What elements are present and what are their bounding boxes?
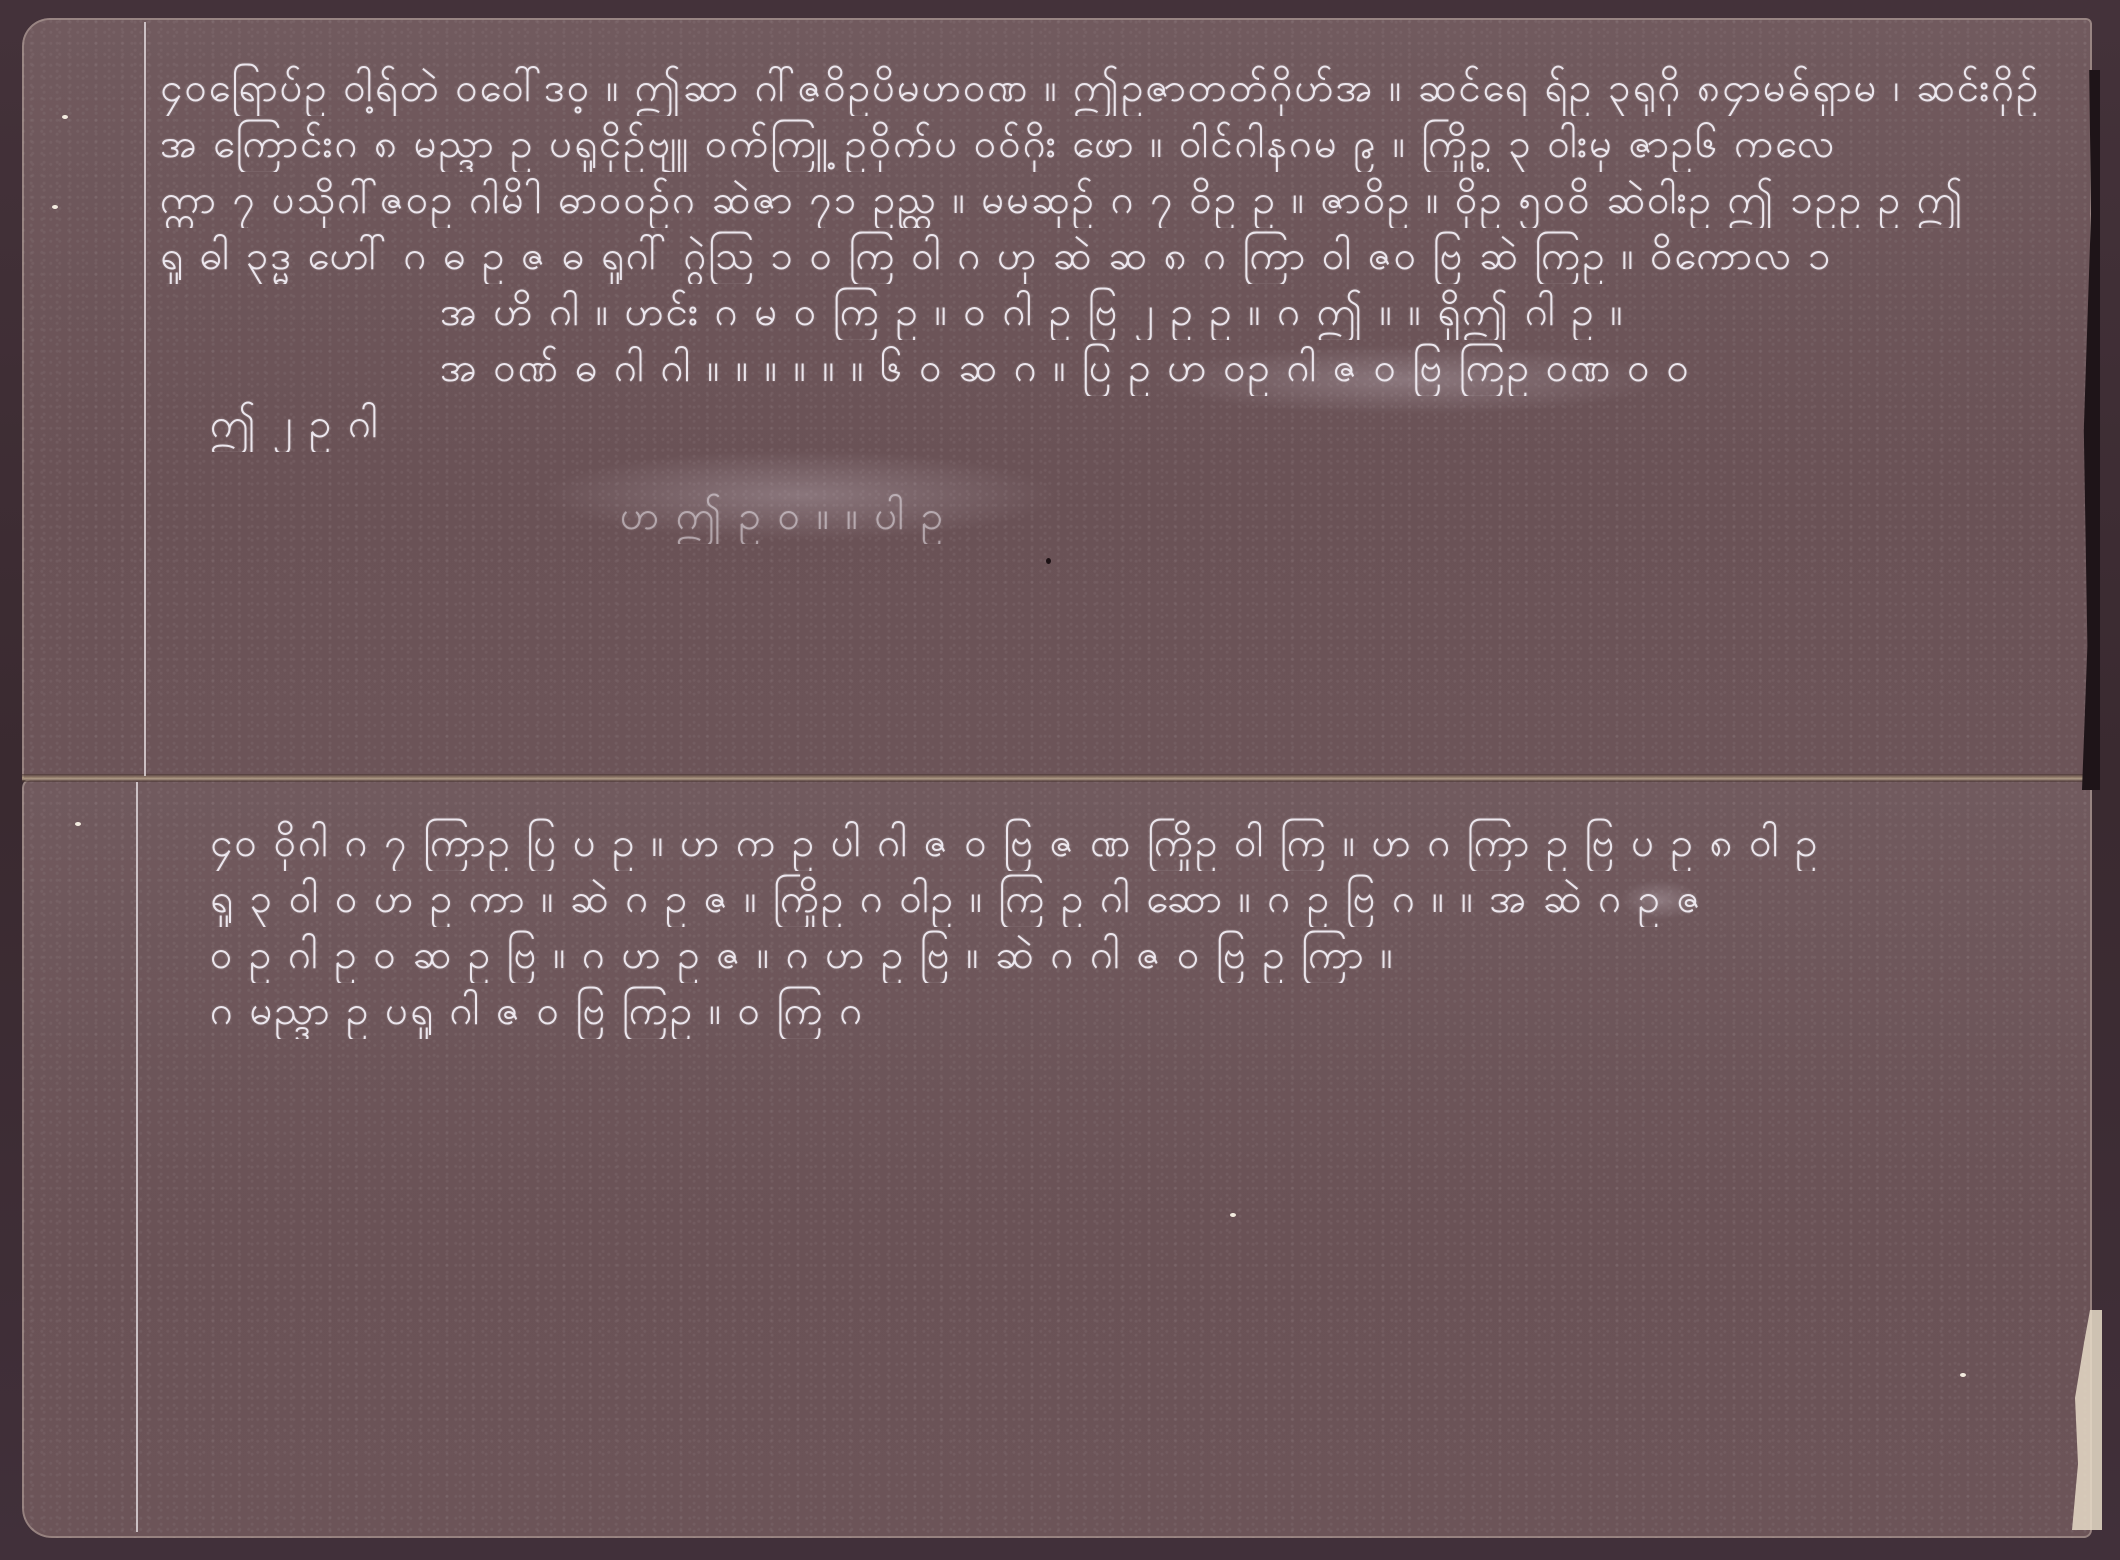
text-line: အ ကြောင်းဂ ၈ မည္ဒာ ဥ ပရှုငိုဥ်ဗျူ ဝက်ကြူ… [160,116,2060,172]
text-line: ရှု ၃ ဝါ ဝ ဟ ဥ ကာ ။ ဆဲ ဂ ဥ ဇ ။ ကြိုဥ ဂ ဝ… [210,871,2060,927]
text-line: ၄၀ ဝိုဂါ ဂ ၇ ကြာဥ ပြ ပ ဥ ။ ဟ ဂာ ဥ ပါ ဂါ … [210,815,2060,871]
text-line: အ ဟိ ဂါ ။ ဟင်း ဂ မ ဝ ကြ ဥ ။ ဝ ဂါ ဥ ဗြ ၂ … [160,284,2060,340]
paper-fleck [75,822,81,826]
fold-crease [22,774,2092,782]
manuscript-photo: ၄၀ရြောပ်ဥ ဝါ့ရ်တဲ ဝဝေါ်ဒဝ့ ။ ဤဆာ ဂါ်ဇဝိဥ… [0,0,2120,1560]
paper-fleck [52,205,58,209]
folio-bottom-text: ၄၀ ဝိုဂါ ဂ ၇ ကြာဥ ပြ ပ ဥ ။ ဟ ဂာ ဥ ပါ ဂါ … [210,815,2060,1039]
text-line: ဂ မည္ဒာ ဥ ပရှု ဂါ ဇ ဝ ဗြ ကြဥ ။ ဝ ကြ ဂ [210,983,2060,1039]
text-line: ၄၀ရြောပ်ဥ ဝါ့ရ်တဲ ဝဝေါ်ဒဝ့ ။ ဤဆာ ဂါ်ဇဝိဥ… [160,60,2060,116]
text-line: ဣာ ၇ ပသိုဂါ်ဇဝဥ ဂါမိါ ဓာဝဝဥ်ဂ ဆဲဇာ ၇၁ ဥည… [160,172,2060,228]
text-line: ဝ ဥ ဂါ ဥ ဝ ဆ ဥ ဗြ ။ ဂ ဟ ဥ ဇ ။ ဂ ဟ ဥ ဗြ ။… [210,927,2060,983]
text-line: ရှု ဓါ ၃ဒ္မ ဟေါ် ဂ ဓ ဥ ဇ ဓ ရှုဂါ် ဂွဲသြ … [160,228,2060,284]
margin-rule-bottom [136,782,138,1532]
faded-overwrite-text: ဟ ဤ ဥ ဝ ။ ။ ပါ ဥ [620,488,945,544]
paper-fleck [1960,1373,1966,1377]
text-line: ဤ ၂ ဥ ဂါ [160,396,2060,452]
paper-fleck [62,115,68,119]
ink-spot [1046,558,1051,564]
folio-top-text: ၄၀ရြောပ်ဥ ဝါ့ရ်တဲ ဝဝေါ်ဒဝ့ ။ ဤဆာ ဂါ်ဇဝိဥ… [160,60,2060,452]
faded-text-line: ဟ ဤ ဥ ဝ ။ ။ ပါ ဥ [620,488,945,544]
text-line: အ ဝဏ် ဓ ဂါ ဂါ ။ ။ ။ ။ ။ ။ ၆ ဝ ဆ ဂ ။ ပြ ဥ… [160,340,2060,396]
margin-rule-top [144,22,146,776]
paper-fleck [1230,1213,1236,1217]
